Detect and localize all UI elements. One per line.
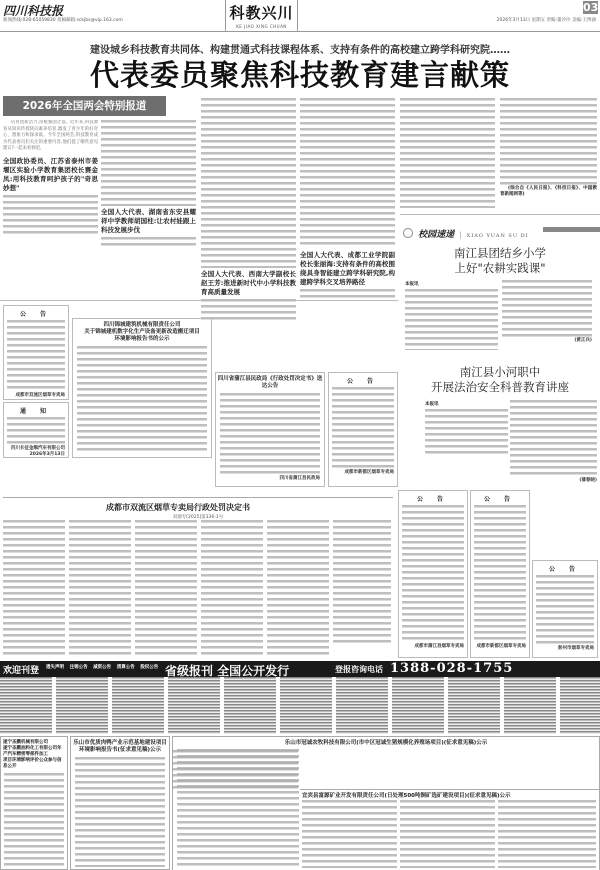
body-text <box>510 400 597 478</box>
notice-title: 公 告 <box>4 309 68 318</box>
speaker-heading: 全国人大代表、成都工业学院副校长张丽海:支持有条件的高校围绕具身智能建立跨学科研… <box>300 251 395 287</box>
lead-column-2: 全国人大代表、湖南省东安县耀祥中学教师胡国柱:让农村娃跟上科技发展步伐 <box>101 120 196 248</box>
notice-date: 2026年3月13日 <box>4 451 68 457</box>
notice-body <box>4 773 64 870</box>
body-text <box>300 289 395 298</box>
lead-headline: 代表委员聚焦科技教育建言献策 <box>0 53 600 94</box>
body-text <box>500 98 597 186</box>
notice-signer: 成都市双流区烟草专卖局 <box>4 392 68 398</box>
story-headline: 南江县小河职中 <box>400 365 600 380</box>
notice-box: 公 告 成都市新都区烟草专卖局 <box>328 372 398 487</box>
body-text <box>101 237 196 248</box>
notice-body <box>3 520 65 658</box>
notice-body <box>220 393 320 475</box>
body-text <box>405 289 498 350</box>
body-text <box>201 299 296 320</box>
notice-signer: 成都市新都区烟草专卖局 <box>329 469 397 475</box>
notice-title: 乐山市优质肉鸭产业示范基地建设项目 环境影响报告书(征求意见稿)公示 <box>71 740 169 754</box>
bottom-notice: 乐山市优质肉鸭产业示范基地建设项目 环境影响报告书(征求意见稿)公示 <box>70 736 170 870</box>
notice-body <box>135 520 197 658</box>
notice-box: 公 告 成都市新都区烟草专卖局 <box>470 490 530 658</box>
notice-body <box>302 800 397 868</box>
body-text <box>300 98 395 248</box>
notice-body <box>172 750 298 790</box>
body-text <box>425 409 508 455</box>
notice-body <box>7 417 65 445</box>
classified-ads-grid <box>0 677 600 734</box>
lead-column-6: (综合自《人民日报》、《科技日报》、中国教育新闻网等) <box>500 98 597 208</box>
lead-column-3-lower: 全国人大代表、西南大学副校长赵王芳:推进新时代中小学科技教育高质量发展 <box>201 270 296 320</box>
notice-box: 通 知 四川长征金顺汽车有限公司 2026年3月13日 <box>3 402 69 458</box>
date-line: 2026年3月13日 星期五 责编:董沙沙 美编:王博涵 <box>497 17 596 23</box>
source-note: (综合自《人民日报》、《科技日报》、中国教育新闻网等) <box>500 186 597 198</box>
story-headline: 上好"农耕实践课" <box>400 261 600 276</box>
notice-signer: 四川省蒲江县民政局 <box>216 475 324 481</box>
notice-title: 通 知 <box>4 406 68 415</box>
notice-signer: 成都市蒲江县烟草专卖局 <box>399 643 467 649</box>
lead-column-5 <box>400 98 495 208</box>
campus-express-tab: 校园速递 | XIAO YUAN SU DI <box>403 222 600 235</box>
credit: (黄正兵) <box>502 338 592 345</box>
penalty-decision: 成都市双流区烟草专卖局行政处罚决定书 双烟专[2025]第336-1号 <box>3 497 393 657</box>
notice-body <box>474 505 526 643</box>
lead-column-1: 培育创新活力,厚植强国之基。近年来,科技教育从知识传授转向素养培育,激发了青少年… <box>3 120 98 248</box>
body-text <box>400 98 495 208</box>
notice-body <box>333 520 391 644</box>
ad-phone-number[interactable]: 1388-028-1755 <box>390 661 513 676</box>
byline: 本报讯 <box>405 282 419 287</box>
ad-welcome-label: 欢迎刊登 <box>3 663 39 676</box>
story-headline: 南江县团结乡小学 <box>400 246 600 261</box>
body-text <box>3 195 98 235</box>
notice-body <box>402 505 464 643</box>
page-header: 四川科技报 新闻热线:028-65059830 投稿邮箱:sckjbs@vip.… <box>0 0 600 32</box>
story-column: 本报讯 <box>405 280 498 350</box>
speaker-heading: 全国人大代表、西南大学副校长赵王芳:推进新时代中小学科技教育高质量发展 <box>201 270 296 297</box>
notice-box: 四川锦城建筑机械有限责任公司 关于锦城建机数字化生产设备更新改造搬迁项目 环境影… <box>72 318 212 458</box>
speaker-heading: 全国人大代表、湖南省东安县耀祥中学教师胡国柱:让农村娃跟上科技发展步伐 <box>101 208 196 235</box>
notice-box: 四川省蒲江县民政局《行政处罚决定书》送达公告 四川省蒲江县民政局 <box>215 372 325 487</box>
body-text <box>502 280 592 338</box>
story-column: 本报讯 <box>425 400 508 455</box>
body-text <box>201 98 296 268</box>
story-headline: 开展法治安全科普教育讲座 <box>400 380 600 395</box>
section-nameplate: 科教兴川 KE JIAO XING CHUAN <box>225 0 298 32</box>
ad-phone-label: 登报咨询电话 <box>335 664 383 675</box>
notice-body <box>69 520 131 658</box>
notice-body <box>498 800 596 868</box>
notice-title: 公 告 <box>399 494 467 503</box>
credit: (蒲春晓) <box>510 478 597 485</box>
notice-signer: 彭州市烟草专卖局 <box>533 645 597 651</box>
notice-body <box>332 387 394 469</box>
divider <box>400 214 600 215</box>
notice-body <box>77 346 207 454</box>
notice-body <box>75 757 165 867</box>
byline: 本报讯 <box>425 402 439 407</box>
speaker-heading: 全国政协委员、江苏省泰州市姜堰区实验小学教育集团校长赛金凤:用科技教育呵护孩子的… <box>3 157 98 193</box>
classified-ad-band: 欢迎刊登 遗失声明 注销公告 减资公告 清算公告 股权公告 省级报刊 全国公开发… <box>0 661 600 677</box>
notice-title: 宜宾县富源矿业开发有限责任公司(日处理500吨铜矿选矿建设项目)(征求意见稿)公… <box>300 793 600 800</box>
notice-title: 公 告 <box>471 494 529 503</box>
story-column: (蒲春晓) <box>510 400 597 490</box>
bottom-notice: 宜宾县富源矿业开发有限责任公司(日处理500吨铜矿选矿建设项目)(征求意见稿)公… <box>300 789 600 800</box>
notice-body <box>400 800 495 868</box>
notice-box: 公 告 成都市双流区烟草专卖局 <box>3 305 69 400</box>
notice-box: 公 告 彭州市烟草专卖局 <box>532 560 598 658</box>
notice-title: 遂宁圣鹏机械有限公司 遂宁圣鹏油料化工有限公司年产汽车精密零部件加工 项目环境影… <box>1 740 67 770</box>
campus-tab-bar <box>543 227 600 232</box>
story-column: (黄正兵) <box>502 280 592 350</box>
bottom-notice: 遂宁圣鹏机械有限公司 遂宁圣鹏油料化工有限公司年产汽车精密零部件加工 项目环境影… <box>0 736 68 870</box>
notice-title: 四川锦城建筑机械有限责任公司 关于锦城建机数字化生产设备更新改造搬迁项目 环境影… <box>73 322 211 343</box>
notice-body <box>267 520 329 658</box>
lead-column-3 <box>201 98 296 268</box>
lead-intro: 培育创新活力,厚植强国之基。近年来,科技教育从知识传授转向素养培育,激发了青少年… <box>3 120 98 153</box>
notice-body <box>7 320 65 392</box>
special-report-banner: 2026年全国两会特别报道 <box>3 96 166 116</box>
divider <box>0 300 398 301</box>
campus-tab-pinyin: XIAO YUAN SU DI <box>467 233 529 239</box>
notice-title: 公 告 <box>533 564 597 573</box>
notice-title: 乐山市冠诚农牧科技有限公司(市中区冠诚生猪规模化养殖场项目)(征求意见稿)公示 <box>173 740 599 747</box>
body-text <box>101 120 196 206</box>
campus-logo-icon <box>403 228 413 238</box>
notice-body <box>201 520 263 658</box>
campus-story-2: 南江县小河职中 开展法治安全科普教育讲座 <box>400 365 600 395</box>
section-title: 科教兴川 <box>226 2 297 23</box>
notice-box: 公 告 成都市蒲江县烟草专卖局 <box>398 490 468 658</box>
notice-title: 成都市双流区烟草专卖局行政处罚决定书 <box>0 502 393 513</box>
notice-body <box>536 575 594 645</box>
notice-title: 公 告 <box>329 376 397 385</box>
section-pinyin: KE JIAO XING CHUAN <box>226 24 297 29</box>
campus-story-1: 南江县团结乡小学 上好"农耕实践课" 本报讯 (黄正兵) <box>400 246 600 346</box>
hotline-info: 新闻热线:028-65059830 投稿邮箱:sckjbs@vip.163.co… <box>3 17 123 23</box>
lead-column-4: 全国人大代表、成都工业学院副校长张丽海:支持有条件的高校围绕具身智能建立跨学科研… <box>300 98 395 298</box>
page-number: 03 <box>583 1 598 14</box>
campus-tab-title: 校园速递 <box>418 230 454 240</box>
notice-signer: 成都市新都区烟草专卖局 <box>471 643 529 649</box>
notice-title: 四川省蒲江县民政局《行政处罚决定书》送达公告 <box>216 376 324 390</box>
